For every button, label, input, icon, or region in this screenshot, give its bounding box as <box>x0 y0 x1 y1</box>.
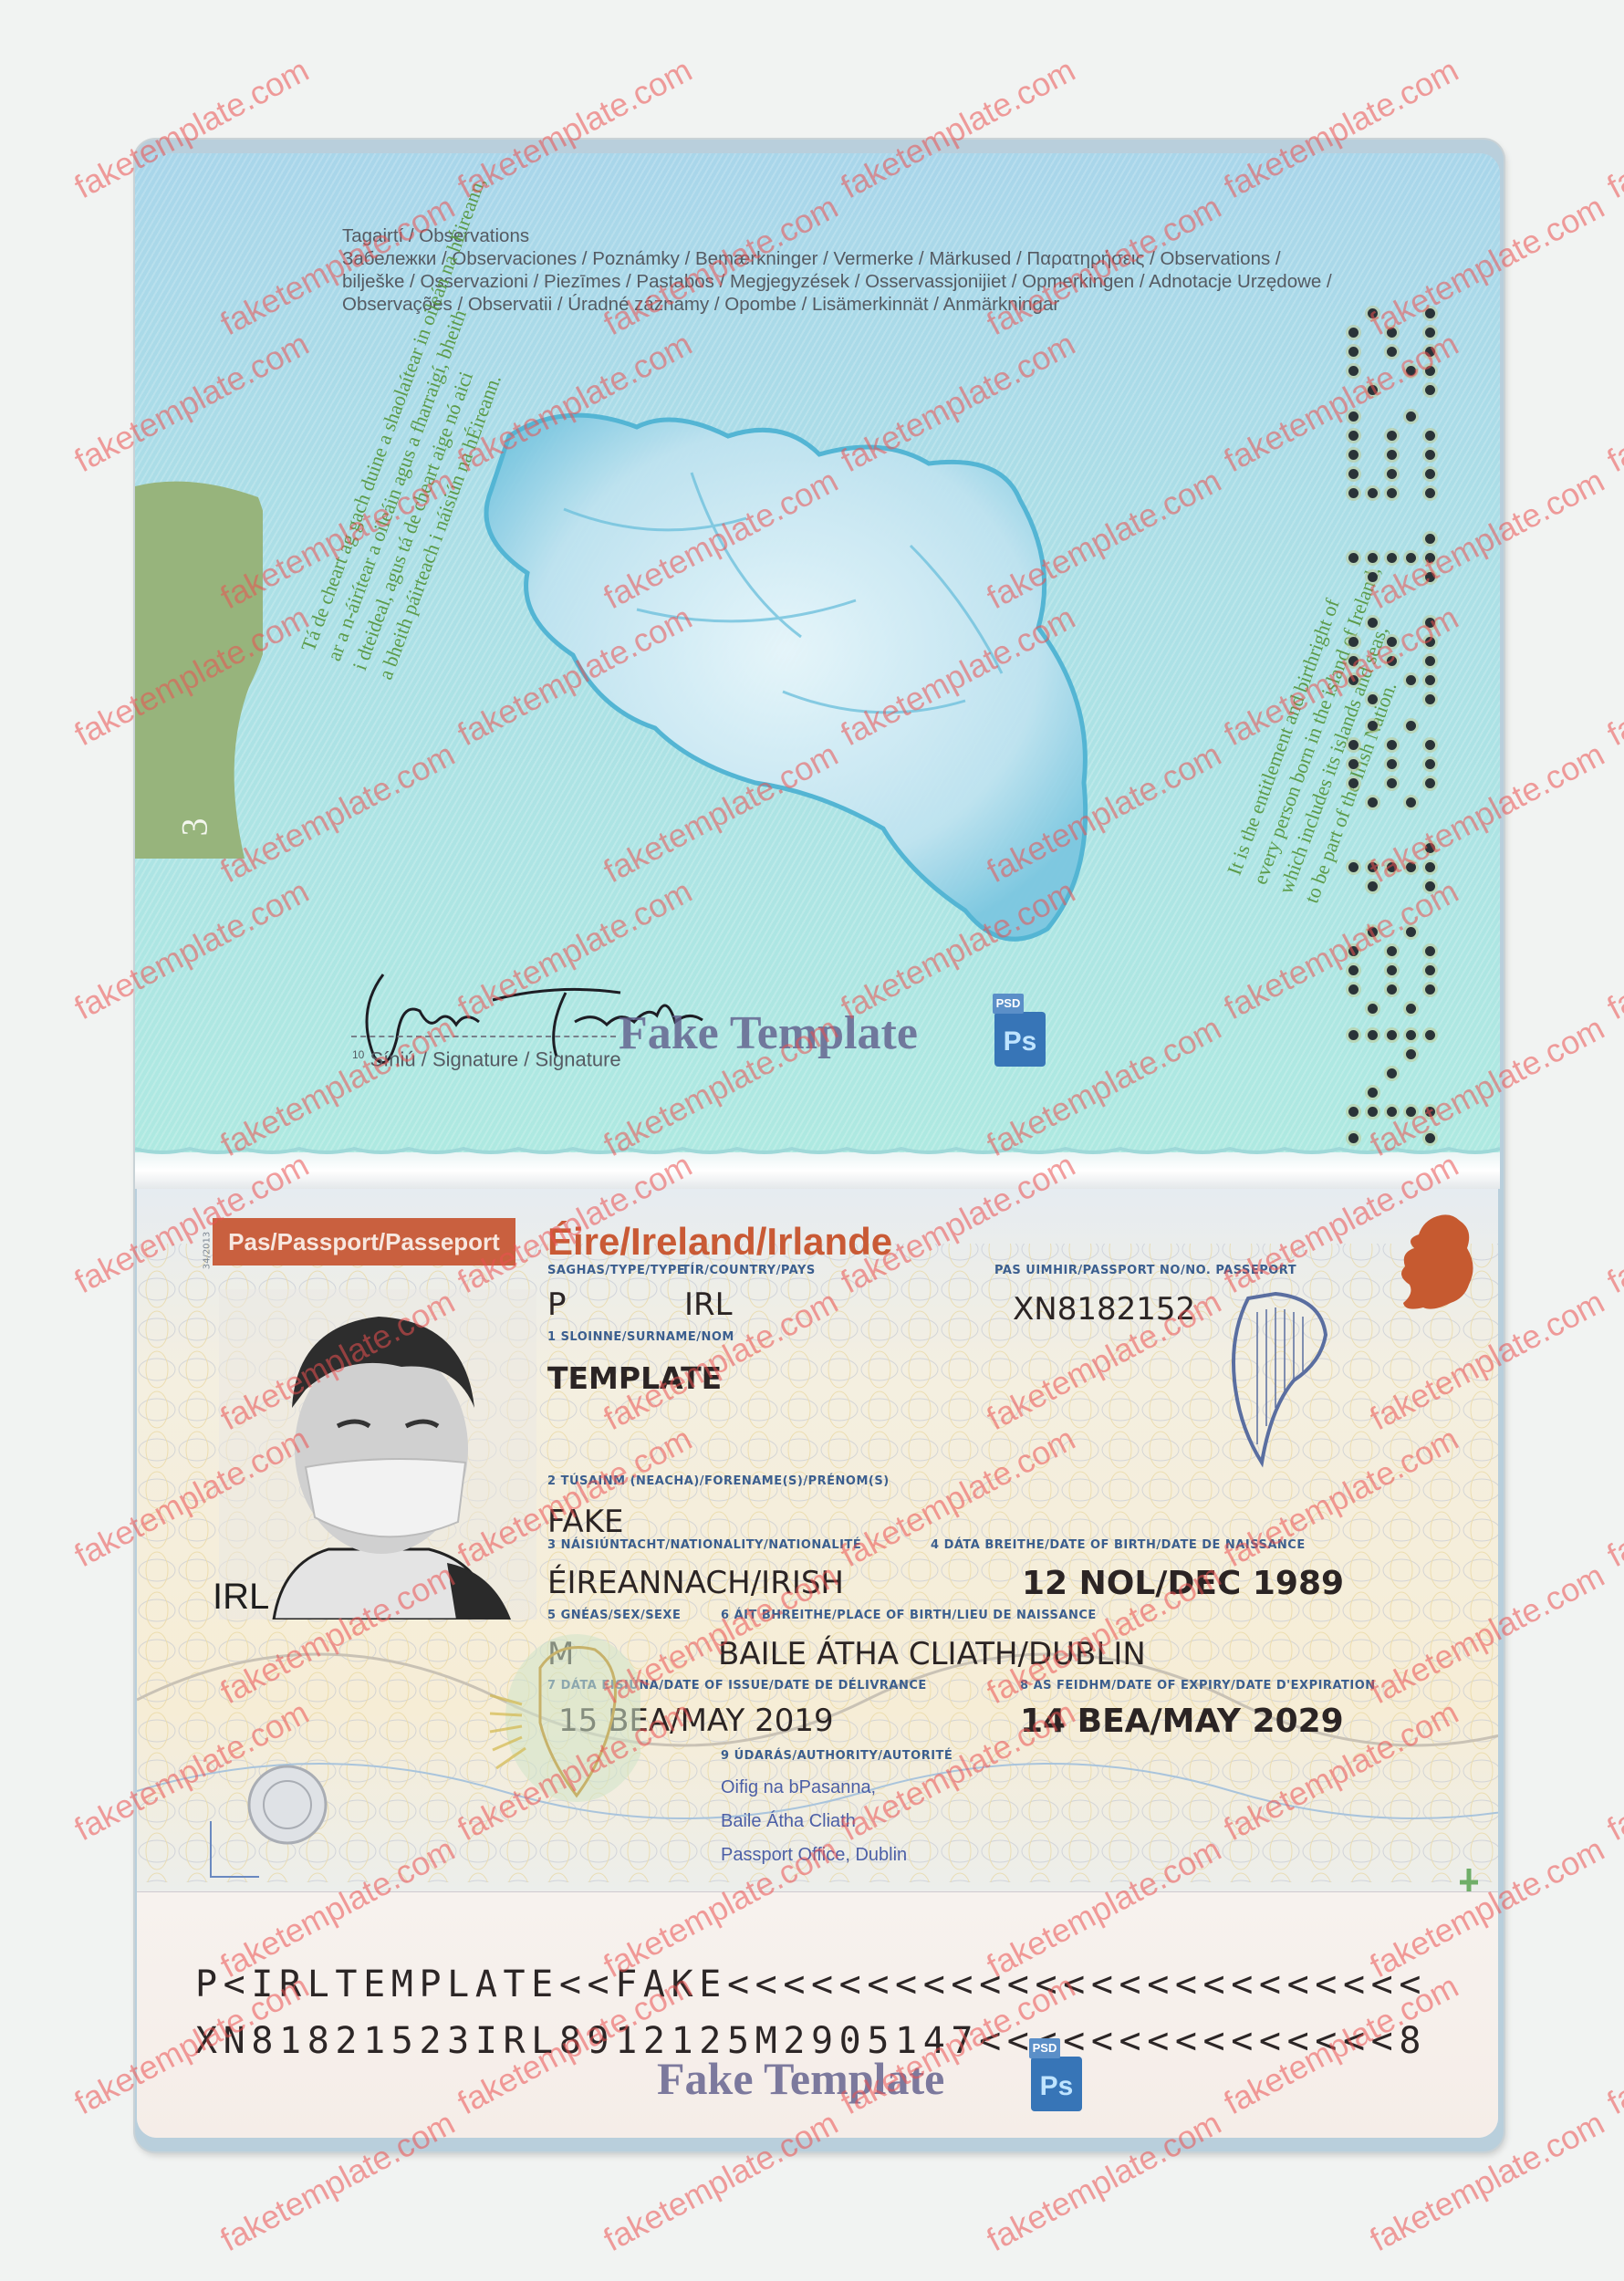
perforation-dot <box>1387 946 1397 956</box>
perforation-dot <box>1368 385 1378 395</box>
perforation-dot <box>1425 881 1435 891</box>
watermark-text: faketemplate.com <box>1601 325 1624 480</box>
photoshop-icon: PSD Ps <box>1031 2057 1082 2111</box>
booklet-fold <box>135 1152 1500 1189</box>
photo-country-code: IRL <box>213 1577 269 1618</box>
forenames-label: 2 TÚSAINM (NEACHA)/FORENAME(S)/PRÉNOM(S) <box>547 1474 890 1488</box>
perforation-dot <box>1425 984 1435 995</box>
perforation-dot <box>1425 656 1435 666</box>
perforation-dot <box>1425 637 1435 647</box>
country-label: TÍR/COUNTRY/PAYS <box>682 1264 816 1277</box>
mrz-zone: P<IRLTEMPLATE<<FAKE<<<<<<<<<<<<<<<<<<<<<… <box>137 1891 1498 2138</box>
ireland-map-icon <box>1396 1212 1478 1317</box>
mrz-line-1: P<IRLTEMPLATE<<FAKE<<<<<<<<<<<<<<<<<<<<<… <box>195 1963 1427 2005</box>
perforation-dot <box>1425 488 1435 498</box>
template-mark: Fake Template <box>657 2052 944 2105</box>
perforation-dot <box>1368 797 1378 807</box>
signature-line <box>351 1036 616 1037</box>
pob-value: BAILE ÁTHA CLIATH/DUBLIN <box>718 1636 1146 1672</box>
forenames-value: FAKE <box>547 1504 623 1540</box>
perforation-dot <box>1348 1030 1359 1040</box>
perforation-dot <box>1387 450 1397 460</box>
perforation-dot <box>1348 1107 1359 1117</box>
perforation-dot <box>1406 1030 1416 1040</box>
perforation-dot <box>1348 778 1359 788</box>
perforation-dot <box>1406 1107 1416 1117</box>
type-label: SAGHAS/TYPE/TYPE <box>547 1264 685 1277</box>
perforation-dot <box>1425 385 1435 395</box>
perforation-dot <box>1406 721 1416 731</box>
perforation-dot <box>1425 450 1435 460</box>
perforation-dot <box>1368 721 1378 731</box>
stitching <box>135 1145 1500 1158</box>
nationality-label: 3 NÁISIÚNTACHT/NATIONALITY/NATIONALITÉ <box>547 1538 861 1552</box>
page-tab <box>135 477 263 860</box>
document-type-value: P <box>547 1286 567 1323</box>
watermark-text: faketemplate.com <box>1601 51 1624 206</box>
watermark-text: faketemplate.com <box>1601 1967 1624 2122</box>
perforation-dot <box>1425 946 1435 956</box>
perforation-dot <box>1387 1030 1397 1040</box>
perforation-dot <box>1387 740 1397 750</box>
perforation-dot <box>1368 1088 1378 1098</box>
perforation-dot <box>1425 740 1435 750</box>
perforation-dot <box>1425 843 1435 853</box>
dob-value: 12 NOL/DEC 1989 <box>1022 1565 1344 1602</box>
document-type-badge: Pas/Passport/Passeport <box>213 1218 515 1265</box>
signature-label: 10 Síniú / Signature / Signature <box>352 1044 621 1070</box>
perforation-dot <box>1425 469 1435 479</box>
perforation-dot <box>1425 778 1435 788</box>
perforation-dot <box>1425 675 1435 685</box>
perforation-dot <box>1406 366 1416 376</box>
passport-number-value: XN8182152 <box>1013 1291 1195 1328</box>
perforation-dot <box>1348 675 1359 685</box>
perforation-dot <box>1387 862 1397 872</box>
perforation-dot <box>1348 637 1359 647</box>
perforation-dot <box>1368 694 1378 704</box>
perforation-dot <box>1348 450 1359 460</box>
perforation-dot <box>1425 862 1435 872</box>
nationality-value: ÉIREANNACH/IRISH <box>547 1565 844 1601</box>
perforation-dot <box>1368 927 1378 937</box>
perforation-dot <box>1348 328 1359 338</box>
perforation-dot <box>1425 965 1435 975</box>
dob-label: 4 DÁTA BREITHE/DATE OF BIRTH/DATE DE NAI… <box>931 1538 1306 1552</box>
perforation-dot <box>1387 778 1397 788</box>
perforation-dot <box>1406 1004 1416 1014</box>
perforation-dot <box>1425 347 1435 357</box>
perforation-dot <box>1406 675 1416 685</box>
perforation-dot <box>1348 366 1359 376</box>
perforation-dot <box>1425 618 1435 628</box>
template-mark: Fake Template <box>619 1006 918 1060</box>
hologram-harp-icon <box>485 1631 640 1814</box>
perforation-dot <box>1368 1030 1378 1040</box>
perforation-dot <box>1425 759 1435 769</box>
perforation-dot <box>1387 1107 1397 1117</box>
perforation-dot <box>1368 1107 1378 1117</box>
perforation-dot <box>1387 656 1397 666</box>
perforation-dot <box>1348 984 1359 995</box>
watermark-text: faketemplate.com <box>1601 1146 1624 1301</box>
expiry-label: 8 AS FEIDHM/DATE OF EXPIRY/DATE D'EXPIRA… <box>1020 1679 1376 1693</box>
perforation-dot <box>1387 347 1397 357</box>
perforation-dot <box>1406 927 1416 937</box>
perforation-dot <box>1348 553 1359 563</box>
perforation-dot <box>1368 1004 1378 1014</box>
perforation-dot <box>1348 411 1359 422</box>
perforation-dot <box>1368 618 1378 628</box>
perforation-dot <box>1425 328 1435 338</box>
perforated-passport-number <box>1348 308 1449 1093</box>
perforation-dot <box>1348 965 1359 975</box>
island-map-illustration <box>454 400 1130 965</box>
perforation-dot <box>1425 1133 1435 1143</box>
perforation-dot <box>1406 553 1416 563</box>
perforation-dot <box>1348 862 1359 872</box>
authority-line: Passport Office, Dublin <box>721 1845 907 1866</box>
observations-page: 3 Tagairtí / Observations Забележки / Ob… <box>135 153 1500 1152</box>
perforation-dot <box>1425 534 1435 544</box>
harp-emblem-icon <box>1221 1289 1339 1472</box>
perforation-dot <box>1368 862 1378 872</box>
passport-data-page: Pas/Passport/Passeport 34/2013 Éire/Irel… <box>137 1189 1498 2138</box>
surname-label: 1 SLOINNE/SURNAME/NOM <box>547 1330 734 1344</box>
perforation-dot <box>1348 740 1359 750</box>
country-title: Éire/Ireland/Irlande <box>547 1220 892 1264</box>
pob-label: 6 ÁIT BHREITHE/PLACE OF BIRTH/LIEU DE NA… <box>721 1609 1097 1622</box>
form-code: 34/2013 <box>202 1232 212 1270</box>
watermark-text: faketemplate.com <box>1601 1693 1624 1849</box>
perforation-dot <box>1387 553 1397 563</box>
perforation-dot <box>1368 488 1378 498</box>
perforation-dot <box>1368 308 1378 318</box>
perforation-dot <box>1387 469 1397 479</box>
surname-value: TEMPLATE <box>547 1360 722 1396</box>
authority-label: 9 ÚDARÁS/AUTHORITY/AUTORITÉ <box>721 1749 953 1763</box>
perforation-dot <box>1387 637 1397 647</box>
watermark-text: faketemplate.com <box>1601 872 1624 1027</box>
perforation-dot <box>1387 965 1397 975</box>
perforation-dot <box>1348 759 1359 769</box>
perforation-dot <box>1387 431 1397 441</box>
perforation-dot <box>1387 1068 1397 1078</box>
watermark-text: faketemplate.com <box>1601 1420 1624 1575</box>
perforation-dot <box>1348 347 1359 357</box>
perforation-dot <box>1348 1133 1359 1143</box>
perforation-dot <box>1387 984 1397 995</box>
perforation-dot <box>1425 308 1435 318</box>
perforation-dot <box>1348 656 1359 666</box>
perforation-dot <box>1387 328 1397 338</box>
perforation-dot <box>1387 488 1397 498</box>
perforation-dot <box>1406 862 1416 872</box>
perforation-dot <box>1425 553 1435 563</box>
perforation-dot <box>1387 759 1397 769</box>
perforation-dot <box>1425 366 1435 376</box>
page-number: 3 <box>173 818 216 837</box>
holder-photo <box>219 1289 536 1620</box>
perforation-dot <box>1406 1049 1416 1059</box>
perforation-dot <box>1425 694 1435 704</box>
perforation-dot <box>1425 572 1435 582</box>
sex-label: 5 GNÉAS/SEX/SEXE <box>547 1609 681 1622</box>
issuing-country-value: IRL <box>684 1286 733 1323</box>
perforation-dot <box>1348 431 1359 441</box>
perforation-dot <box>1348 946 1359 956</box>
perforation-dot <box>1348 469 1359 479</box>
watermark-text: faketemplate.com <box>1601 599 1624 754</box>
perforation-dot <box>1406 411 1416 422</box>
perforation-dot <box>1368 572 1378 582</box>
perforation-dot <box>1368 553 1378 563</box>
expiry-date-value: 14 BEA/MAY 2029 <box>1020 1703 1344 1740</box>
perforation-dot <box>1348 488 1359 498</box>
perforation-dot <box>1425 1107 1435 1117</box>
perforation-dot <box>1406 797 1416 807</box>
corner-bracket <box>210 1821 259 1878</box>
authority-line: Oifig na bPasanna, <box>721 1777 876 1798</box>
photoshop-icon: PSD Ps <box>994 1012 1046 1067</box>
passport-no-label: PAS UIMHIR/PASSPORT NO/NO. PASSEPORT <box>994 1264 1296 1277</box>
perforation-dot <box>1368 881 1378 891</box>
perforation-dot <box>1425 1030 1435 1040</box>
perforation-dot <box>1425 431 1435 441</box>
authority-line: Baile Átha Cliath <box>721 1811 856 1832</box>
